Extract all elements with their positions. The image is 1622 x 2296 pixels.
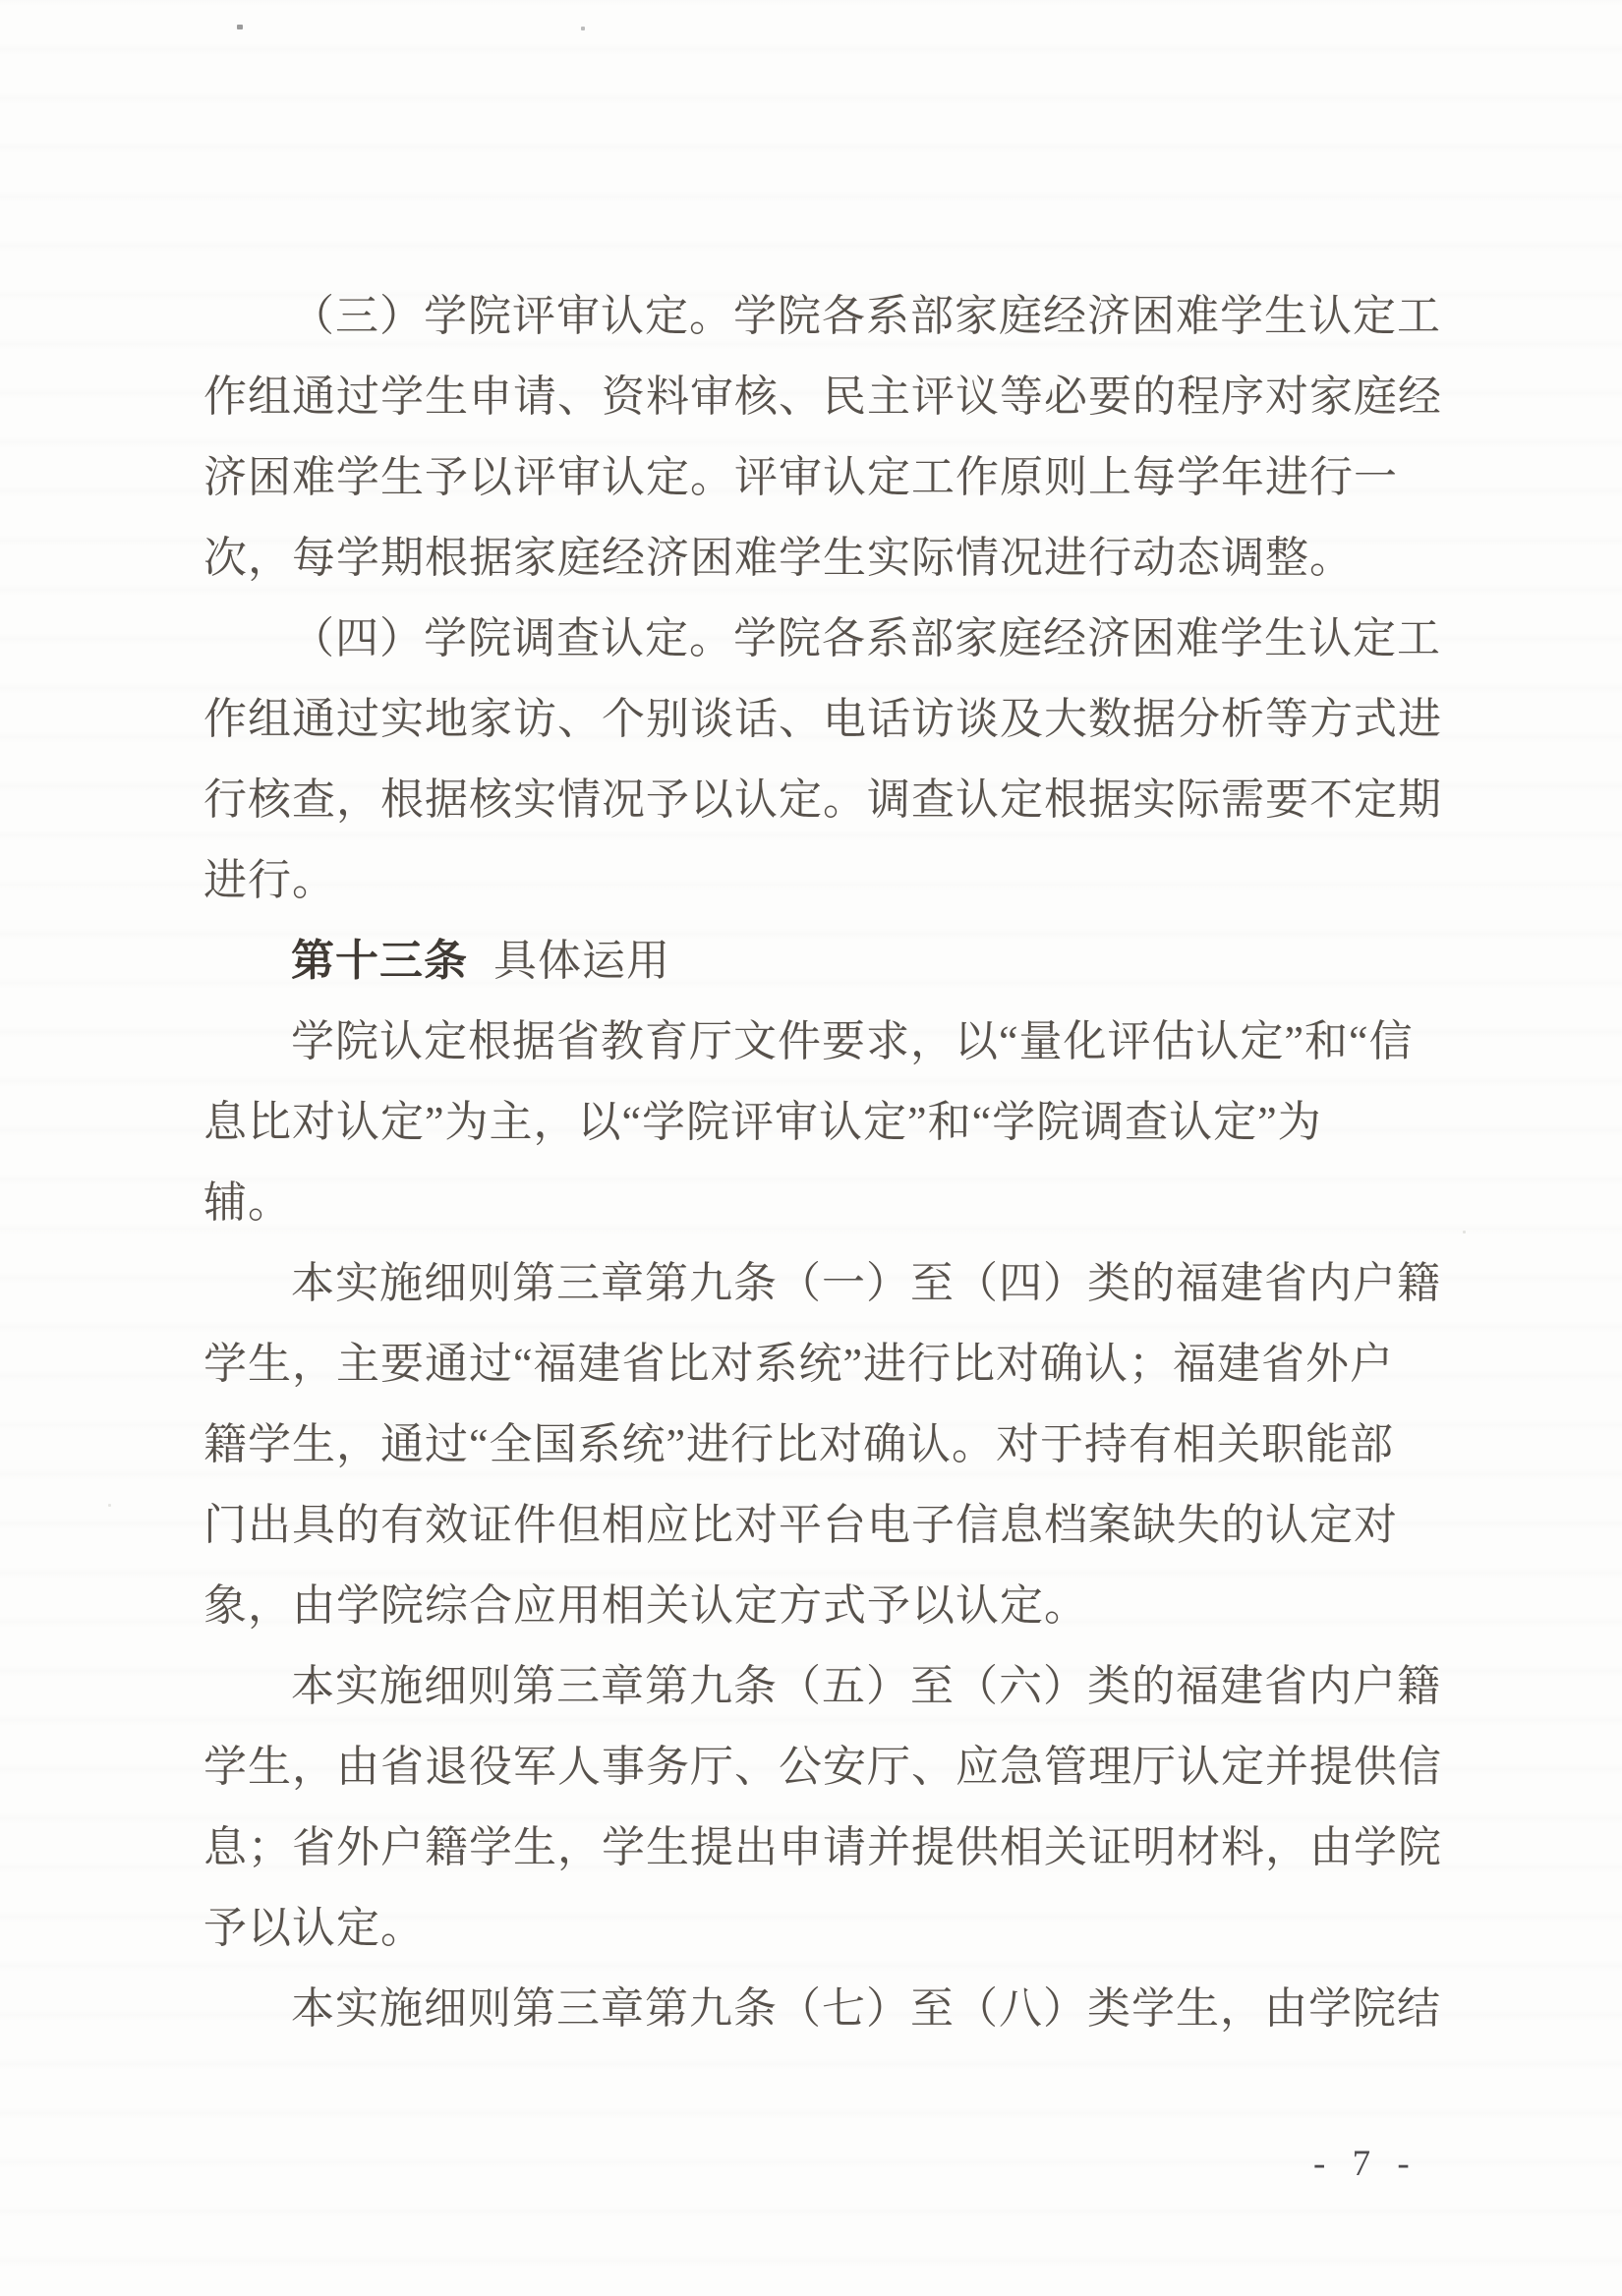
text-line-9: 第十三条具体运用 — [203, 921, 1444, 1002]
text-line-13: 本实施细则第三章第九条（一）至（四）类的福建省内户籍 — [203, 1243, 1444, 1324]
text-segment: 作组通过学生申请、资料审核、民主评议等必要的程序对家庭经 — [203, 373, 1442, 421]
text-line-15: 籍学生，通过“全国系统”进行比对确认。对于持有相关职能部 — [203, 1405, 1444, 1485]
text-line-2: 作组通过学生申请、资料审核、民主评议等必要的程序对家庭经 — [203, 357, 1444, 437]
text-segment: 予以认定。 — [203, 1904, 425, 1952]
scanned-document-page: （三）学院评审认定。学院各系部家庭经济困难学生认定工作组通过学生申请、资料审核、… — [0, 0, 1622, 2296]
text-segment: （四）学院调查认定。学院各系部家庭经济困难学生认定工 — [291, 614, 1441, 662]
text-segment: 息比对认定”为主，以“学院评审认定”和“学院调查认定”为 — [203, 1098, 1322, 1146]
text-segment: 本实施细则第三章第九条（一）至（四）类的福建省内户籍 — [291, 1259, 1441, 1307]
text-segment: 具体运用 — [493, 937, 670, 985]
scan-speck — [108, 1504, 111, 1507]
scan-speck — [1463, 1231, 1466, 1234]
text-segment: 息；省外户籍学生，学生提出申请并提供相关证明材料，由学院 — [203, 1823, 1442, 1871]
scan-speck — [581, 27, 585, 30]
text-line-3: 济困难学生予以评审认定。评审认定工作原则上每学年进行一 — [203, 437, 1444, 518]
text-line-11: 息比对认定”为主，以“学院评审认定”和“学院调查认定”为 — [203, 1082, 1444, 1163]
text-line-17: 象，由学院综合应用相关认定方式予以认定。 — [203, 1566, 1444, 1646]
text-line-21: 予以认定。 — [203, 1888, 1444, 1969]
text-segment: 本实施细则第三章第九条（七）至（八）类学生，由学院结 — [291, 1984, 1441, 2033]
article-heading-term: 第十三条 — [291, 937, 468, 985]
text-line-16: 门出具的有效证件但相应比对平台电子信息档案缺失的认定对 — [203, 1485, 1444, 1566]
text-segment: 门出具的有效证件但相应比对平台电子信息档案缺失的认定对 — [203, 1501, 1398, 1549]
text-line-4: 次，每学期根据家庭经济困难学生实际情况进行动态调整。 — [203, 518, 1444, 599]
text-segment: 学生，主要通过“福建省比对系统”进行比对确认；福建省外户 — [203, 1340, 1394, 1388]
text-segment: 籍学生，通过“全国系统”进行比对确认。对于持有相关职能部 — [203, 1420, 1394, 1468]
text-line-6: 作组通过实地家访、个别谈话、电话访谈及大数据分析等方式进 — [203, 679, 1444, 760]
text-line-20: 息；省外户籍学生，学生提出申请并提供相关证明材料，由学院 — [203, 1808, 1444, 1888]
scan-speck — [237, 25, 243, 29]
text-segment: （三）学院评审认定。学院各系部家庭经济困难学生认定工 — [291, 292, 1441, 340]
page-number: - 7 - — [1313, 2143, 1419, 2185]
text-line-14: 学生，主要通过“福建省比对系统”进行比对确认；福建省外户 — [203, 1324, 1444, 1405]
text-line-19: 学生，由省退役军人事务厅、公安厅、应急管理厅认定并提供信 — [203, 1727, 1444, 1808]
text-segment: 行核查，根据核实情况予以认定。调查认定根据实际需要不定期 — [203, 775, 1442, 824]
text-line-1: （三）学院评审认定。学院各系部家庭经济困难学生认定工 — [203, 276, 1444, 357]
text-line-7: 行核查，根据核实情况予以认定。调查认定根据实际需要不定期 — [203, 760, 1444, 840]
text-segment: 济困难学生予以评审认定。评审认定工作原则上每学年进行一 — [203, 453, 1398, 501]
text-line-8: 进行。 — [203, 840, 1444, 921]
text-segment: 象，由学院综合应用相关认定方式予以认定。 — [203, 1581, 1088, 1630]
text-segment: 辅。 — [203, 1178, 292, 1227]
text-line-18: 本实施细则第三章第九条（五）至（六）类的福建省内户籍 — [203, 1646, 1444, 1727]
text-line-12: 辅。 — [203, 1163, 1444, 1243]
document-body: （三）学院评审认定。学院各系部家庭经济困难学生认定工作组通过学生申请、资料审核、… — [203, 276, 1444, 2049]
text-segment: 次，每学期根据家庭经济困难学生实际情况进行动态调整。 — [203, 534, 1354, 582]
text-segment: 进行。 — [203, 856, 336, 904]
text-line-10: 学院认定根据省教育厅文件要求，以“量化评估认定”和“信 — [203, 1002, 1444, 1082]
text-line-5: （四）学院调查认定。学院各系部家庭经济困难学生认定工 — [203, 599, 1444, 679]
text-segment: 作组通过实地家访、个别谈话、电话访谈及大数据分析等方式进 — [203, 695, 1442, 743]
text-line-22: 本实施细则第三章第九条（七）至（八）类学生，由学院结 — [203, 1969, 1444, 2049]
text-segment: 本实施细则第三章第九条（五）至（六）类的福建省内户籍 — [291, 1662, 1441, 1710]
text-segment: 学生，由省退役军人事务厅、公安厅、应急管理厅认定并提供信 — [203, 1743, 1442, 1791]
text-segment: 学院认定根据省教育厅文件要求，以“量化评估认定”和“信 — [291, 1017, 1414, 1065]
